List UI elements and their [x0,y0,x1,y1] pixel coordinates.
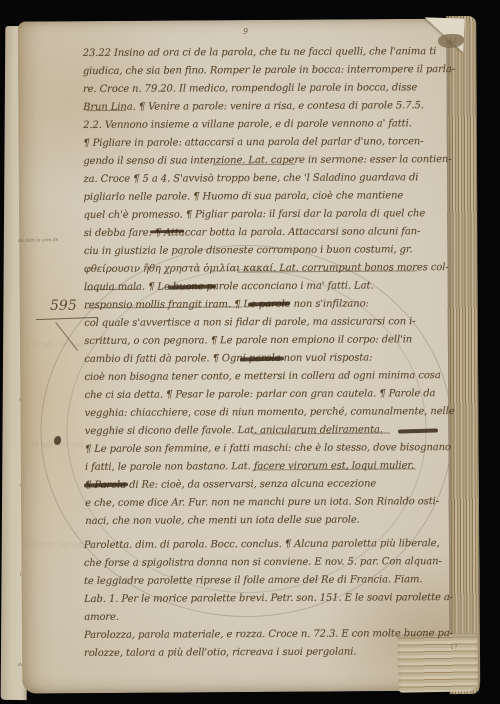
manuscript-line: loquia mala. ¶ Le buone parole acconcian… [84,277,460,297]
manuscript-line: Paroletta. dim. di parola. Bocc. conclus… [84,535,460,555]
prev-page-text-fragment: de [4,661,24,670]
manuscript-line: che ci sia detta. ¶ Pesar le parole: par… [85,385,461,405]
manuscript-line: e che, come dice Ar. Fur. non ne manchi … [85,493,461,513]
folio-number: 41 [448,37,457,45]
manuscript-line: col quale s'avvertisce a non si fidar di… [84,313,460,333]
manuscript-line: za. Croce ¶ 5 a 4. S'avvisò troppo bene,… [83,169,459,189]
manuscript-line: φθείρουσιν ἤθη χρηστὰ ὁμιλίαι κακαί. Lat… [84,259,460,279]
entry-paroletta-text: Paroletta. dim. di parola. Bocc. conclus… [84,535,460,627]
manuscript-line: cioè non bisogna tener conto, e mettersi… [84,367,460,387]
manuscript-line: 2.2. Vennono insieme a villane parole, e… [83,115,459,135]
manuscript-line: naci, che non vuole, che menti un iota d… [85,511,461,531]
manuscript-line: te leggiadre parolette riprese il folle … [84,571,460,591]
manuscript-line: quel ch'è promesso. ¶ Pigliar parola: il… [84,205,460,225]
manuscript-line: i fatti, le parole non bastano. Lat. fac… [85,457,461,477]
manuscript-line: Lab. 1. Per le morice parolette brevi. P… [84,589,460,609]
manuscript-line: re. Croce n. 79.20. Il medico, rompendog… [83,79,459,99]
manuscript-line: si debba fare. ¶ Attaccar botta la parol… [84,223,460,243]
manuscript-line: vegghia: chiacchiere, cose di niun momen… [85,403,461,423]
manuscript-line: amore. [84,607,460,627]
manuscript-line: ciu in giustizia le parole disoneste cor… [84,241,460,261]
manuscript-line: giudica, che sia ben fino. Romper le par… [83,61,459,81]
manuscript-line: scrittura, o con pegnora. ¶ Le parole no… [84,331,460,351]
manuscript-line: ¶ Parola di Re: cioè, da osservarsi, sen… [85,475,461,495]
manuscript-line: Parolozza, parola materiale, e rozza. Cr… [84,625,460,645]
entry-parola-text: 23.22 Insino ad ora ci de la parola, che… [83,43,462,531]
margin-number: 595 [50,298,77,314]
corner-mark: 17 [450,644,458,651]
manuscript-line: Brun Lina. ¶ Venire a parole: venire a r… [83,97,459,117]
manuscript-photograph: mo fag fo sia za lo de parole che si dic… [0,0,500,704]
manuscript-line: 23.22 Insino ad ora ci de la parola, che… [83,43,459,63]
catchword-mark: 9 [243,27,248,36]
manuscript-line: che forse a spigolistra donna non si con… [84,553,460,573]
manuscript-line: pigliarlo nelle parole. ¶ Huomo di sua p… [83,187,459,207]
manuscript-line: ¶ Pigliare in parole: attaccarsi a una p… [83,133,459,153]
entry-parolozza-text: Parolozza, parola materiale, e rozza. Cr… [84,625,460,663]
bleedthrough-text: parole che si dicono parole [26,540,84,549]
manuscript-line: rolozze, talora a più dell'otio, ricreav… [84,643,460,663]
manuscript-line: gendo il senso di sua intenzione. Lat. c… [83,151,459,171]
manuscript-line: ¶ Le parole son femmine, e i fatti masch… [85,439,461,459]
